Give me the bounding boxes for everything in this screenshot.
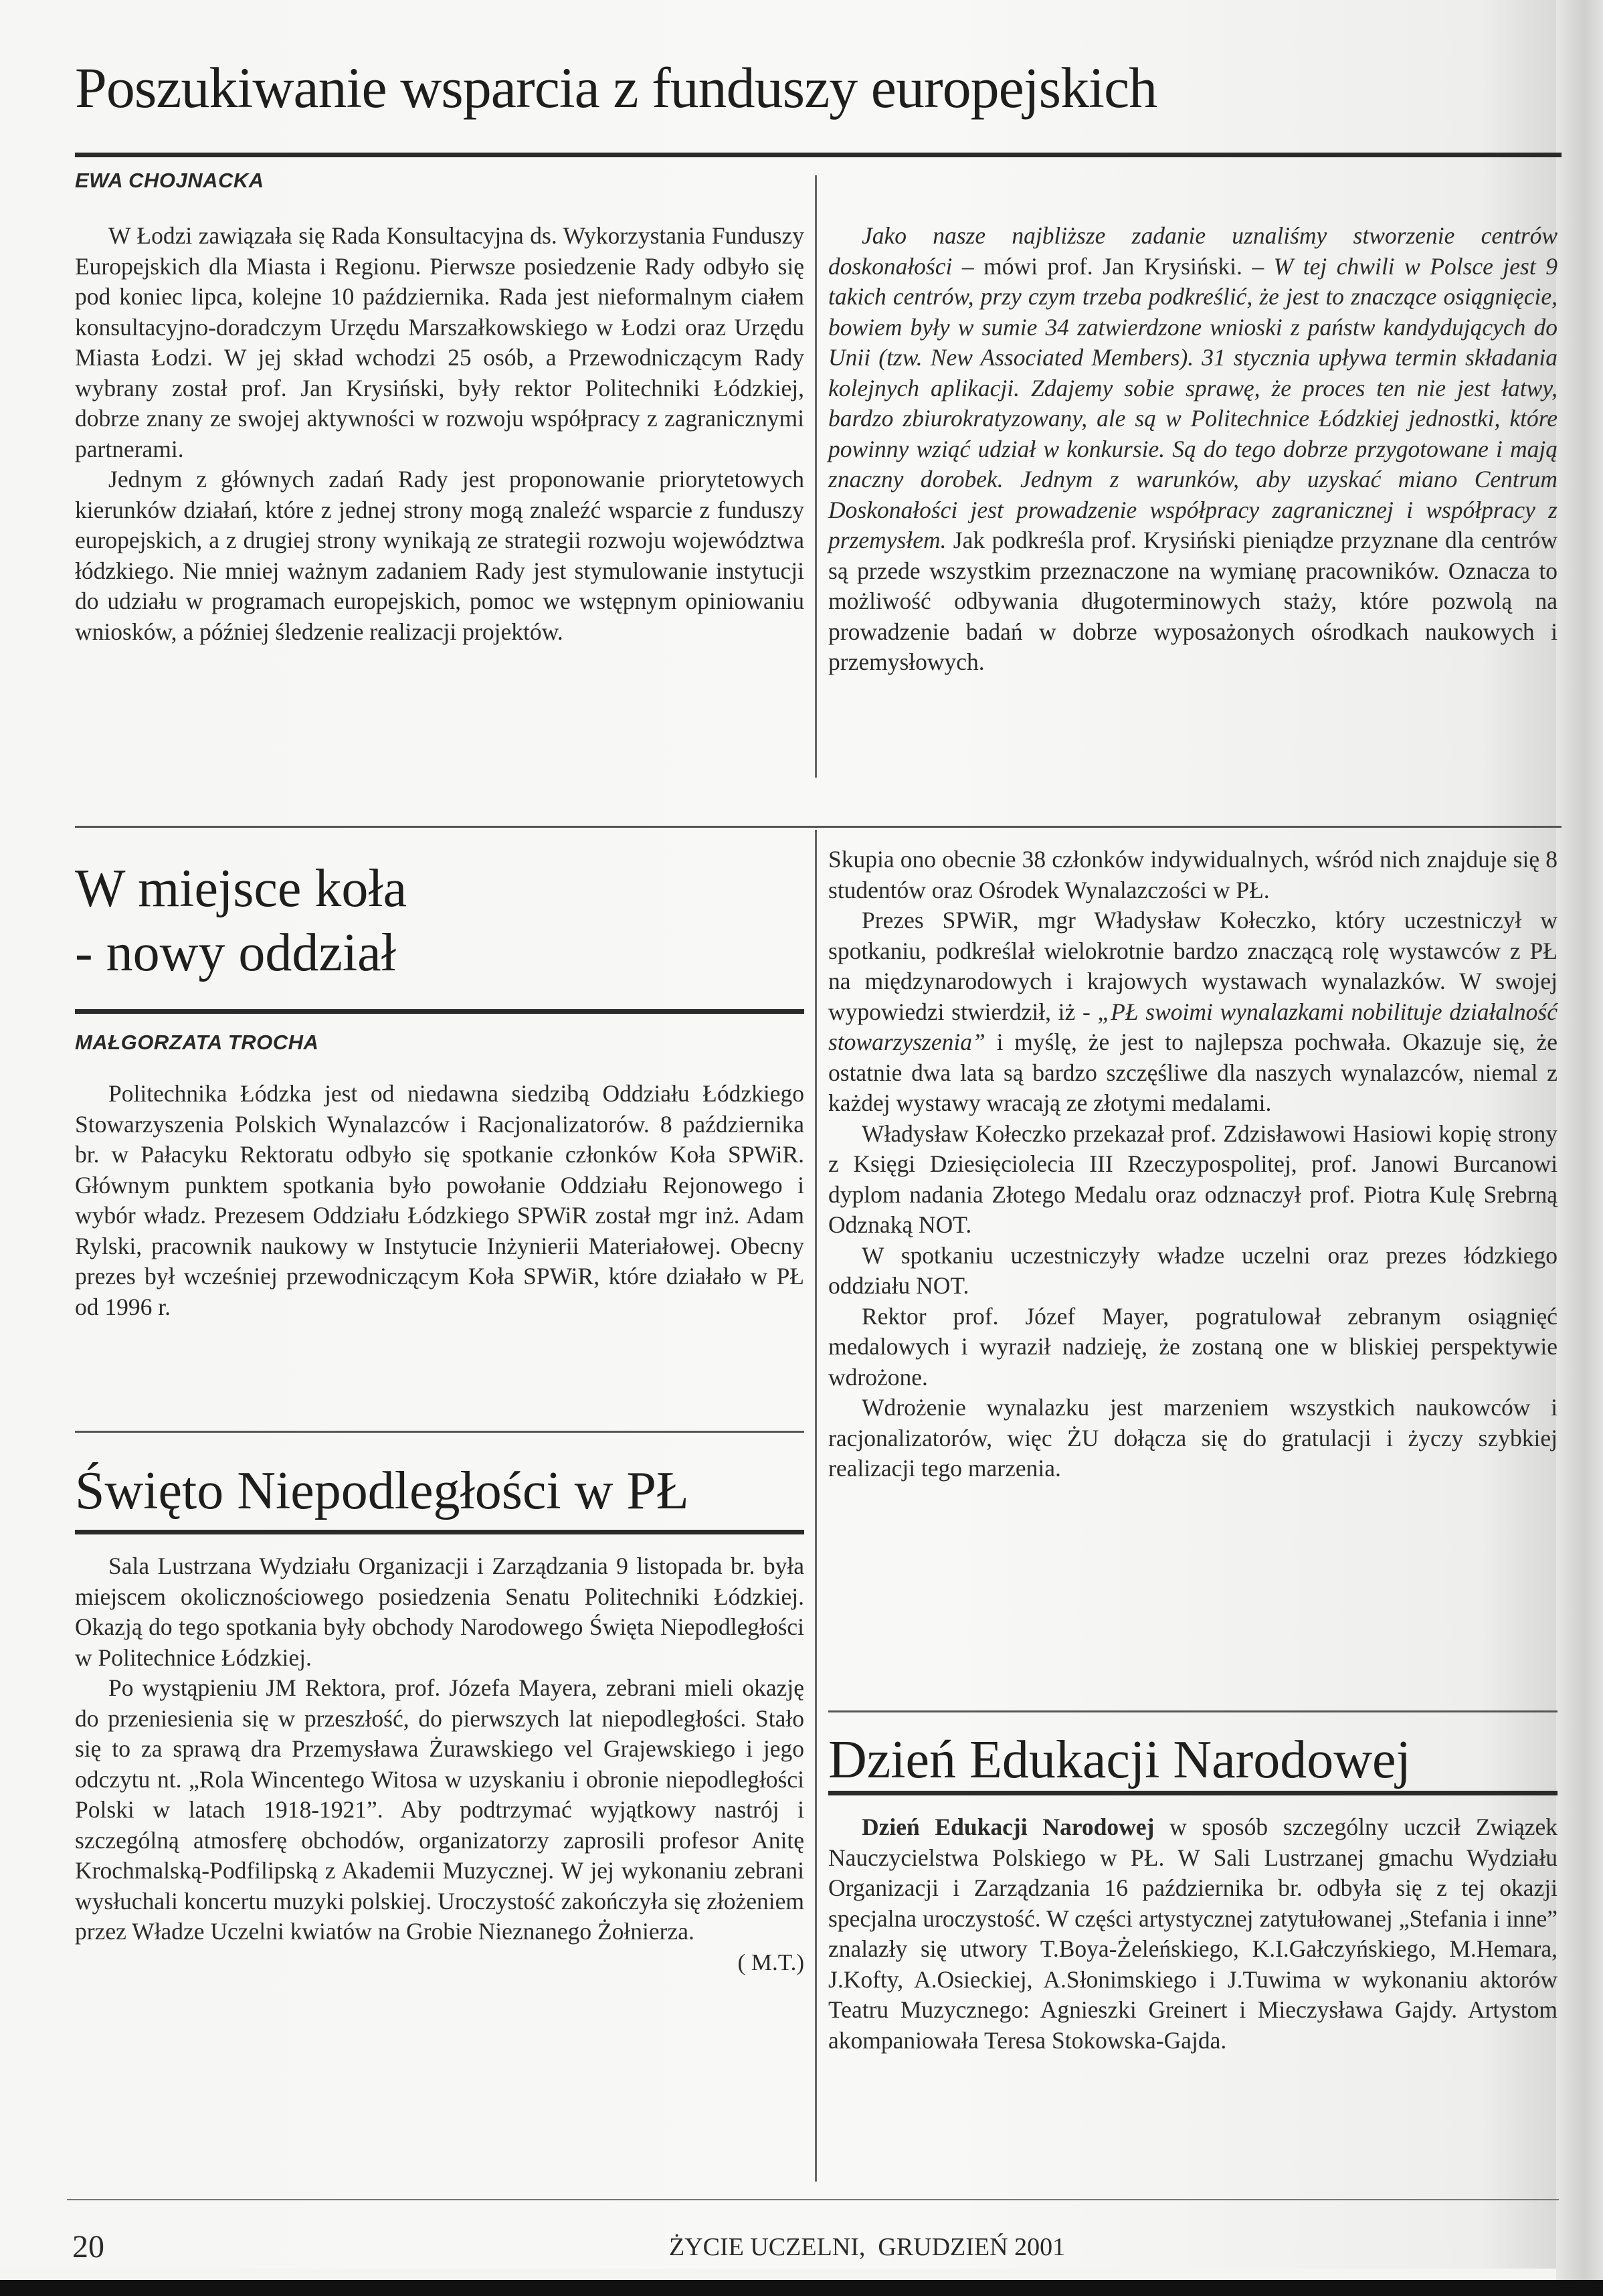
article4-body: Dzień Edukacji Narodowej w sposób szczeg… — [828, 1812, 1558, 2056]
paragraph: Prezes SPWiR, mgr Władysław Kołeczko, kt… — [828, 905, 1558, 1119]
section-rule — [828, 1710, 1558, 1712]
paragraph: Sala Lustrzana Wydziału Organizacji i Za… — [75, 1551, 804, 1673]
headline-line: W miejsce koła — [75, 859, 407, 918]
footer-rule — [67, 2199, 1559, 2200]
paragraph: W Łodzi zawiązała się Rada Konsultacyjna… — [75, 221, 804, 464]
article3-body: Sala Lustrzana Wydziału Organizacji i Za… — [75, 1551, 804, 1977]
paragraph: Władysław Kołeczko przekazał prof. Zdzis… — [828, 1119, 1558, 1241]
section-rule — [75, 826, 1562, 828]
page-number: 20 — [72, 2228, 104, 2265]
attribution: – mówi prof. Jan Krysiński. – — [952, 253, 1273, 280]
section-rule — [75, 1431, 804, 1433]
paragraph: W spotkaniu uczestniczyły władze uczelni… — [828, 1241, 1558, 1302]
article1-title-rule — [75, 153, 1562, 157]
article2-title-rule — [75, 1009, 804, 1014]
headline-line: - nowy oddział — [75, 923, 396, 982]
column-divider — [815, 175, 817, 778]
paragraph: Jako nasze najbliższe zadanie uznaliśmy … — [828, 221, 1558, 678]
article4-title-rule — [828, 1791, 1558, 1795]
article3-headline: Święto Niepodległości w PŁ — [75, 1464, 804, 1518]
article2-headline: W miejsce koła - nowy oddział — [75, 857, 804, 985]
paragraph: Skupia ono obecnie 38 członków indywidua… — [828, 845, 1558, 905]
footer-publication-title: ŻYCIE UCZELNI, GRUDZIEŃ 2001 — [669, 2232, 1065, 2262]
paragraph: Po wystąpieniu JM Rektora, prof. Józefa … — [75, 1673, 804, 1947]
column-divider — [815, 830, 817, 2182]
article2-author: MAŁGORZATA TROCHA — [75, 1031, 318, 1055]
paragraph: Dzień Edukacji Narodowej w sposób szczeg… — [828, 1812, 1558, 2056]
article4-headline: Dzień Edukacji Narodowej — [828, 1733, 1558, 1787]
page-edge-shadow — [1556, 0, 1603, 2296]
quote-text: W tej chwili w Polsce jest 9 takich cent… — [828, 253, 1558, 554]
article1-author: EWA CHOJNACKA — [75, 169, 264, 193]
paragraph: Rektor prof. Józef Mayer, pogratulował z… — [828, 1302, 1558, 1393]
article2-column-left: Politechnika Łódzka jest od niedawna sie… — [75, 1079, 804, 1322]
article1-column-right: Jako nasze najbliższe zadanie uznaliśmy … — [828, 221, 1558, 678]
article1-column-left: W Łodzi zawiązała się Rada Konsultacyjna… — [75, 221, 804, 647]
paragraph: Politechnika Łódzka jest od niedawna sie… — [75, 1079, 804, 1322]
paragraph: Wdrożenie wynalazku jest marzeniem wszys… — [828, 1393, 1558, 1484]
article2-column-right: Skupia ono obecnie 38 członków indywidua… — [828, 845, 1558, 1484]
scan-border — [0, 2280, 1603, 2296]
article3-signature: ( M.T.) — [75, 1947, 804, 1978]
article1-headline: Poszukiwanie wsparcia z funduszy europej… — [75, 59, 1547, 116]
paragraph: Jednym z głównych zadań Rady jest propon… — [75, 464, 804, 647]
paragraph-text: w sposób szczególny uczcił Związek Naucz… — [828, 1814, 1558, 2054]
lead-bold: Dzień Edukacji Narodowej — [862, 1814, 1154, 1840]
article3-title-rule — [75, 1530, 804, 1534]
